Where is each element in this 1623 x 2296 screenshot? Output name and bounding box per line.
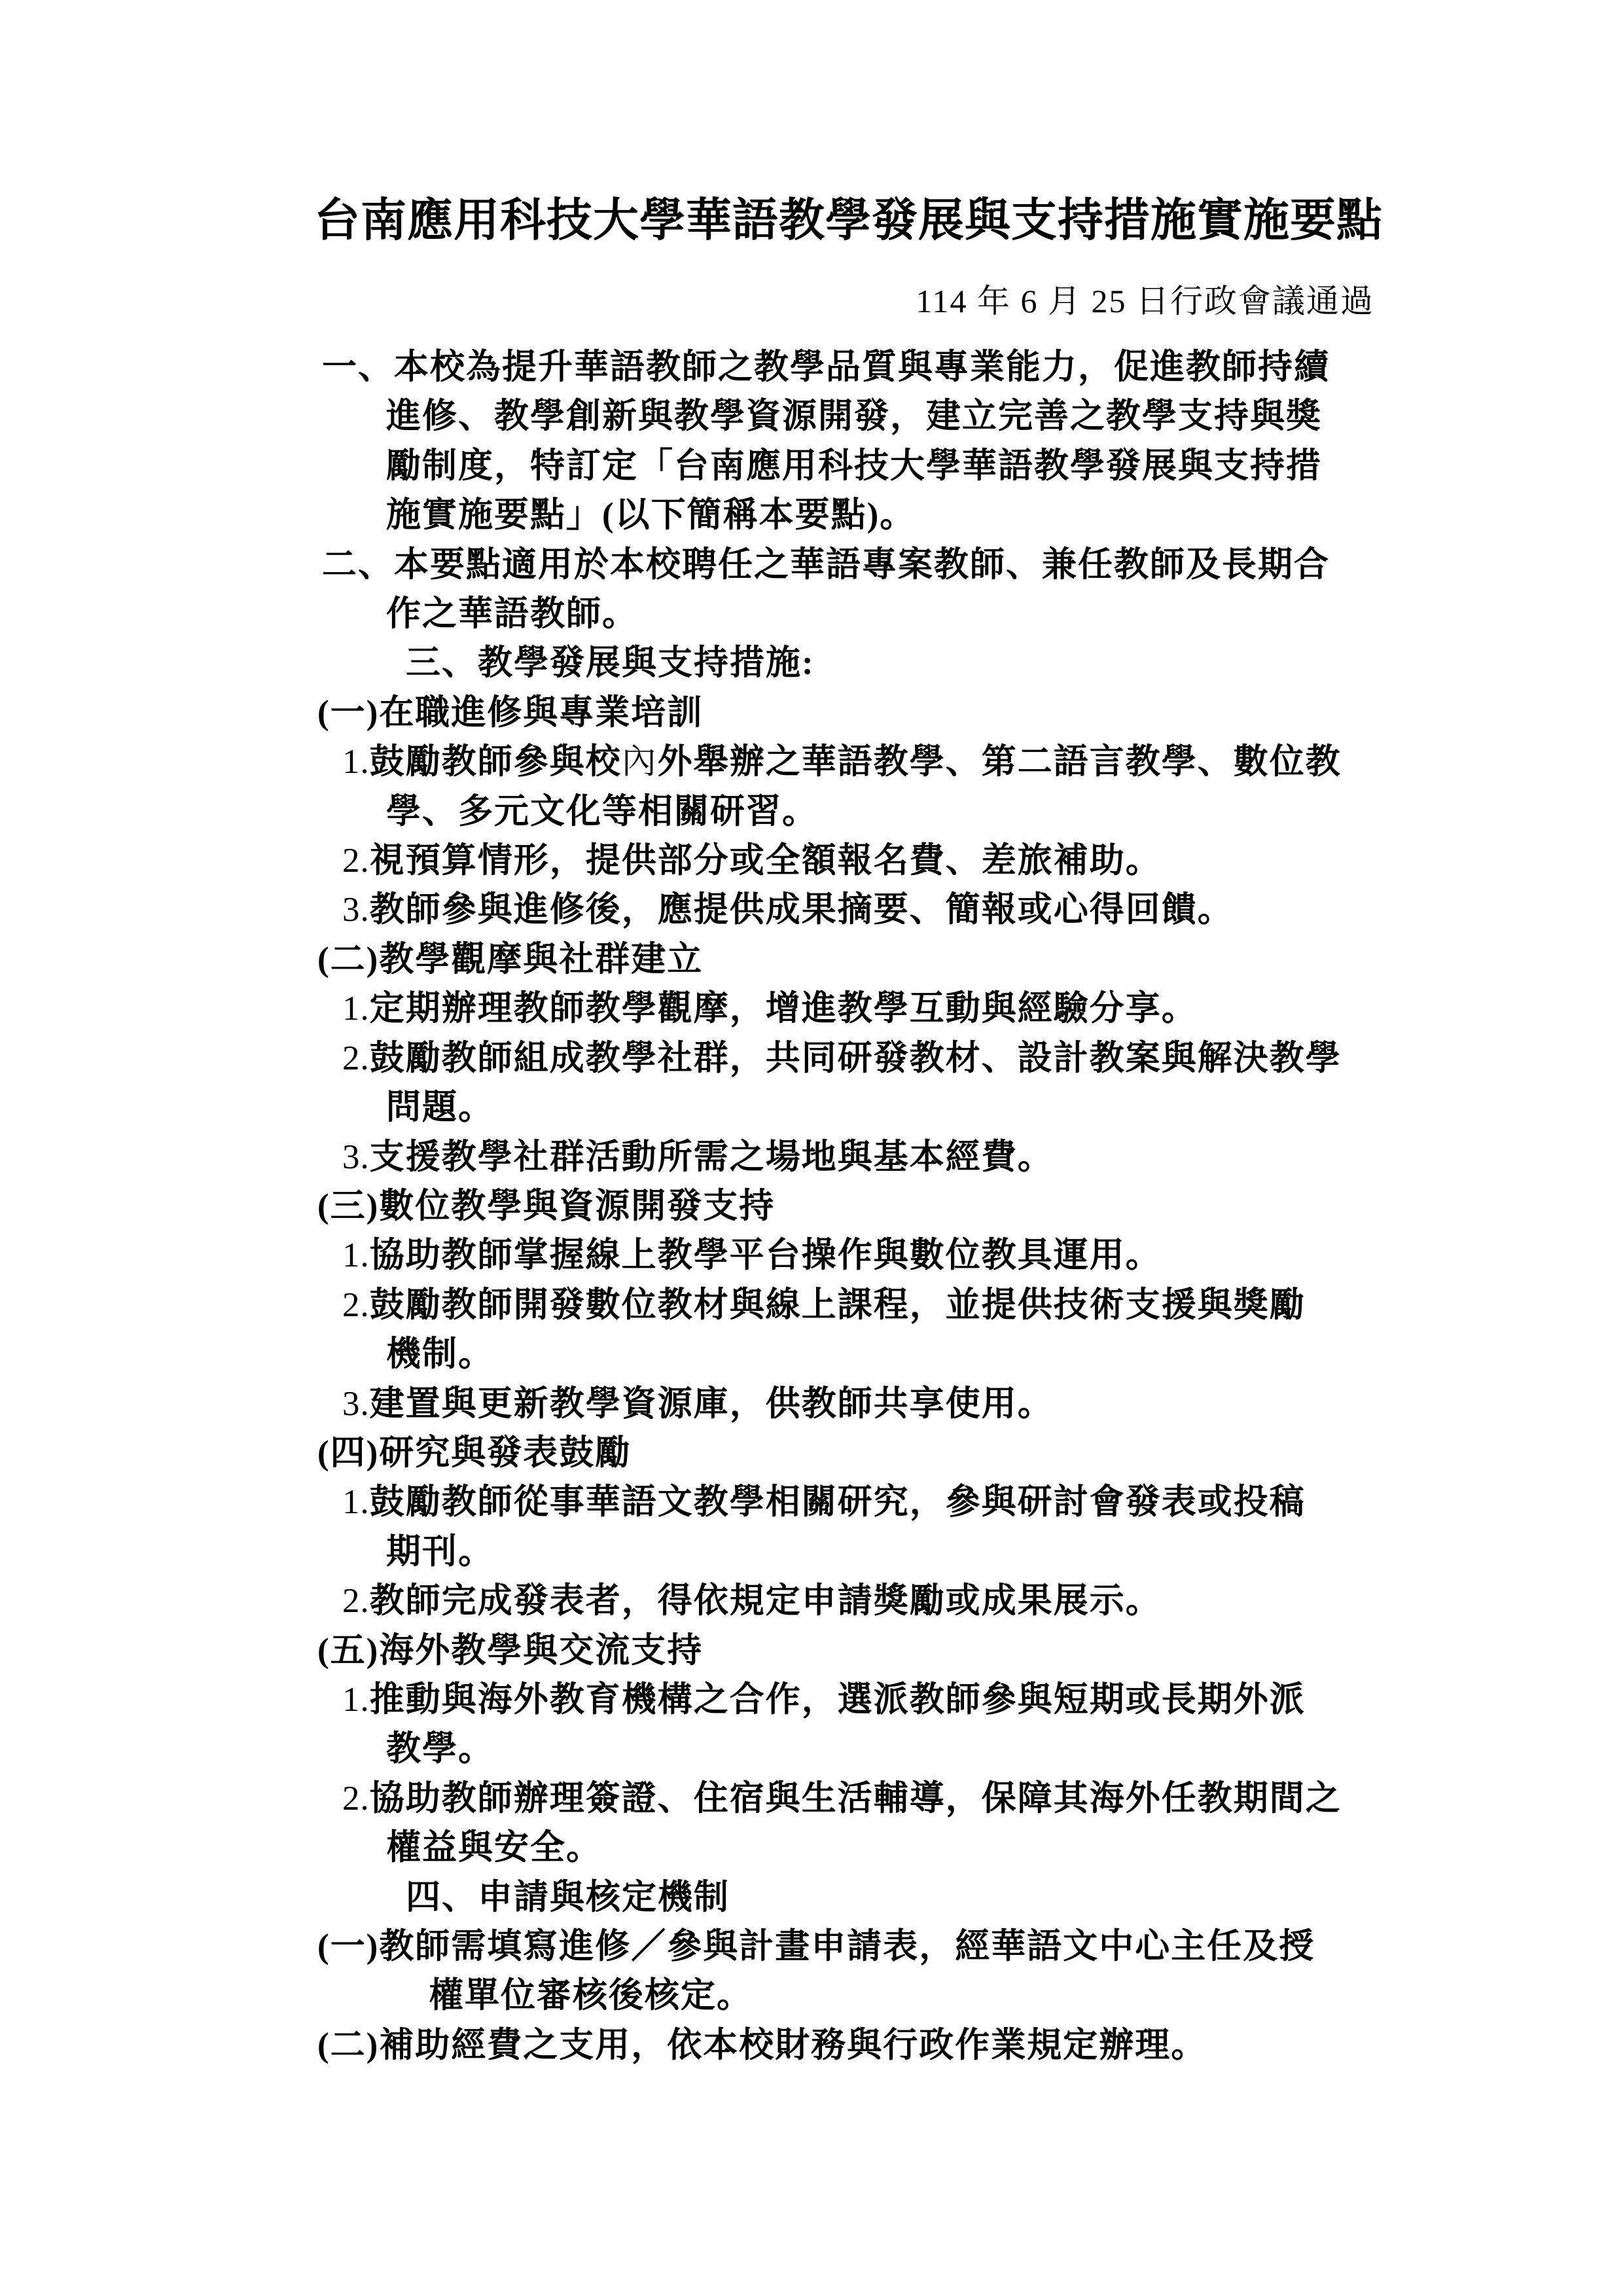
text-line: (二)教學觀摩與社群建立	[317, 935, 1374, 984]
list-marker: 2.	[342, 1039, 370, 1077]
text-line: 進修、教學創新與教學資源開發，建立完善之教學支持與獎	[386, 392, 1374, 441]
text-line: 權益與安全。	[386, 1823, 1374, 1873]
line-text: 建置與更新教學資源庫，供教師共享使用。	[370, 1385, 1054, 1423]
line-text: 鼓勵教師參與校	[370, 743, 622, 781]
text-line: (一)在職進修與專業培訓	[317, 689, 1374, 738]
line-text: 鼓勵教師組成教學社群，共同研發教材、設計教案與解決教學	[370, 1039, 1342, 1077]
list-marker: 2.	[342, 842, 370, 880]
line-text: 權益與安全。	[386, 1829, 602, 1867]
line-text: 機制。	[386, 1335, 494, 1373]
line-text: 協助教師辦理簽證、住宿與生活輔導，保障其海外任教期間之	[370, 1780, 1342, 1818]
list-marker: 二、	[322, 546, 394, 584]
text-line: 3.教師參與進修後，應提供成果摘要、簡報或心得回饋。	[342, 886, 1374, 935]
text-line: 1.推動與海外教育機構之合作，選派教師參與短期或長期外派	[342, 1676, 1374, 1725]
line-text: 本校為提升華語教師之教學品質與專業能力，促進教師持續	[394, 348, 1330, 386]
line-text: 數位教學與資源開發支持	[379, 1187, 775, 1225]
line-text: 勵制度，特訂定「台南應用科技大學華語教學發展與支持措	[386, 447, 1322, 485]
list-marker: (三)	[317, 1187, 379, 1225]
line-text: 內	[622, 743, 658, 781]
text-line: 權單位審核後核定。	[429, 1971, 1374, 2020]
text-line: 機制。	[386, 1330, 1374, 1379]
line-text: 外舉辦之華語教學、第二語言教學、數位教	[658, 743, 1342, 781]
list-marker: 2.	[342, 1582, 370, 1620]
line-text: 進修、教學創新與教學資源開發，建立完善之教學支持與獎	[386, 397, 1322, 435]
line-text: 期刊。	[386, 1533, 494, 1571]
text-line: 期刊。	[386, 1528, 1374, 1577]
list-marker: 1.	[342, 1236, 370, 1274]
list-marker: 3.	[342, 1385, 370, 1423]
text-line: 四、申請與核定機制	[406, 1873, 1374, 1922]
list-marker: 1.	[342, 1483, 370, 1521]
list-marker: 三、	[406, 644, 478, 682]
text-line: 作之華語教師。	[386, 590, 1374, 639]
text-line: 2.教師完成發表者，得依規定申請獎勵或成果展示。	[342, 1577, 1374, 1626]
text-line: 一、本校為提升華語教師之教學品質與專業能力，促進教師持續	[322, 343, 1374, 392]
line-text: 支援教學社群活動所需之場地與基本經費。	[370, 1138, 1054, 1176]
line-text: 申請與核定機制	[478, 1878, 730, 1916]
text-line: 學、多元文化等相關研習。	[386, 787, 1374, 836]
line-text: 教師需填寫進修／參與計畫申請表，經華語文中心主任及授	[379, 1928, 1315, 1965]
document-content: 台南應用科技大學華語教學發展與支持措施實施要點 114 年 6 月 25 日行政…	[0, 0, 1623, 2070]
list-marker: 1.	[342, 990, 370, 1028]
text-line: 2.鼓勵教師開發數位教材與線上課程，並提供技術支援與獎勵	[342, 1281, 1374, 1330]
document-body: 一、本校為提升華語教師之教學品質與專業能力，促進教師持續進修、教學創新與教學資源…	[314, 343, 1374, 2070]
line-text: 教學發展與支持措施:	[478, 644, 815, 682]
line-text: 教師完成發表者，得依規定申請獎勵或成果展示。	[370, 1582, 1162, 1620]
text-line: (二)補助經費之支用，依本校財務與行政作業規定辦理。	[317, 2021, 1374, 2070]
text-line: 勵制度，特訂定「台南應用科技大學華語教學發展與支持措	[386, 442, 1374, 491]
line-text: 作之華語教師。	[386, 595, 638, 633]
list-marker: 3.	[342, 891, 370, 929]
text-line: (四)研究與發表鼓勵	[317, 1429, 1374, 1478]
list-marker: (一)	[317, 1928, 379, 1965]
line-text: 協助教師掌握線上教學平台操作與數位教具運用。	[370, 1236, 1162, 1274]
line-text: 教學觀摩與社群建立	[379, 941, 703, 978]
text-line: 3.支援教學社群活動所需之場地與基本經費。	[342, 1133, 1374, 1182]
list-marker: 1.	[342, 1681, 370, 1719]
text-line: 2.鼓勵教師組成教學社群，共同研發教材、設計教案與解決教學	[342, 1034, 1374, 1083]
line-text: 視預算情形，提供部分或全額報名費、差旅補助。	[370, 842, 1162, 880]
list-marker: (四)	[317, 1434, 379, 1472]
line-text: 教學。	[386, 1730, 494, 1768]
line-text: 權單位審核後核定。	[429, 1977, 753, 2015]
line-text: 鼓勵教師開發數位教材與線上課程，並提供技術支援與獎勵	[370, 1286, 1306, 1324]
document-page: 台南應用科技大學華語教學發展與支持措施實施要點 114 年 6 月 25 日行政…	[0, 0, 1623, 2296]
list-marker: 一、	[322, 348, 394, 386]
text-line: (三)數位教學與資源開發支持	[317, 1182, 1374, 1231]
page-title: 台南應用科技大學華語教學發展與支持措施實施要點	[314, 194, 1374, 249]
list-marker: 2.	[342, 1286, 370, 1324]
line-text: 補助經費之支用，依本校財務與行政作業規定辦理。	[379, 2026, 1207, 2064]
text-line: 1.定期辦理教師教學觀摩，增進教學互動與經驗分享。	[342, 984, 1374, 1033]
text-line: 問題。	[386, 1083, 1374, 1132]
text-line: 教學。	[386, 1725, 1374, 1774]
text-line: 1.鼓勵教師從事華語文教學相關研究，參與研討會發表或投稿	[342, 1478, 1374, 1527]
list-marker: 1.	[342, 743, 370, 781]
line-text: 推動與海外教育機構之合作，選派教師參與短期或長期外派	[370, 1681, 1306, 1719]
text-line: 1.鼓勵教師參與校內外舉辦之華語教學、第二語言教學、數位教	[342, 738, 1374, 787]
text-line: 施實施要點」(以下簡稱本要點)。	[386, 491, 1374, 540]
approval-date-note: 114 年 6 月 25 日行政會議通過	[314, 280, 1374, 322]
text-line: 二、本要點適用於本校聘任之華語專案教師、兼任教師及長期合	[322, 541, 1374, 590]
text-line: 三、教學發展與支持措施:	[406, 639, 1374, 688]
list-marker: 3.	[342, 1138, 370, 1176]
text-line: (五)海外教學與交流支持	[317, 1626, 1374, 1676]
list-marker: 四、	[406, 1878, 478, 1916]
list-marker: (五)	[317, 1632, 379, 1670]
list-marker: (二)	[317, 941, 379, 978]
line-text: 在職進修與專業培訓	[379, 694, 703, 732]
list-marker: (二)	[317, 2026, 379, 2064]
line-text: 本要點適用於本校聘任之華語專案教師、兼任教師及長期合	[394, 546, 1330, 584]
line-text: 定期辦理教師教學觀摩，增進教學互動與經驗分享。	[370, 990, 1198, 1028]
line-text: 教師參與進修後，應提供成果摘要、簡報或心得回饋。	[370, 891, 1234, 929]
line-text: 研究與發表鼓勵	[379, 1434, 631, 1472]
line-text: 學、多元文化等相關研習。	[386, 793, 818, 831]
line-text: 施實施要點」(以下簡稱本要點)。	[386, 496, 916, 534]
text-line: (一)教師需填寫進修／參與計畫申請表，經華語文中心主任及授	[317, 1922, 1374, 1971]
line-text: 問題。	[386, 1088, 494, 1126]
text-line: 3.建置與更新教學資源庫，供教師共享使用。	[342, 1380, 1374, 1429]
list-marker: 2.	[342, 1780, 370, 1818]
text-line: 2.視預算情形，提供部分或全額報名費、差旅補助。	[342, 836, 1374, 886]
list-marker: (一)	[317, 694, 379, 732]
text-line: 2.協助教師辦理簽證、住宿與生活輔導，保障其海外任教期間之	[342, 1774, 1374, 1823]
text-line: 1.協助教師掌握線上教學平台操作與數位教具運用。	[342, 1231, 1374, 1280]
line-text: 鼓勵教師從事華語文教學相關研究，參與研討會發表或投稿	[370, 1483, 1306, 1521]
line-text: 海外教學與交流支持	[379, 1632, 703, 1670]
